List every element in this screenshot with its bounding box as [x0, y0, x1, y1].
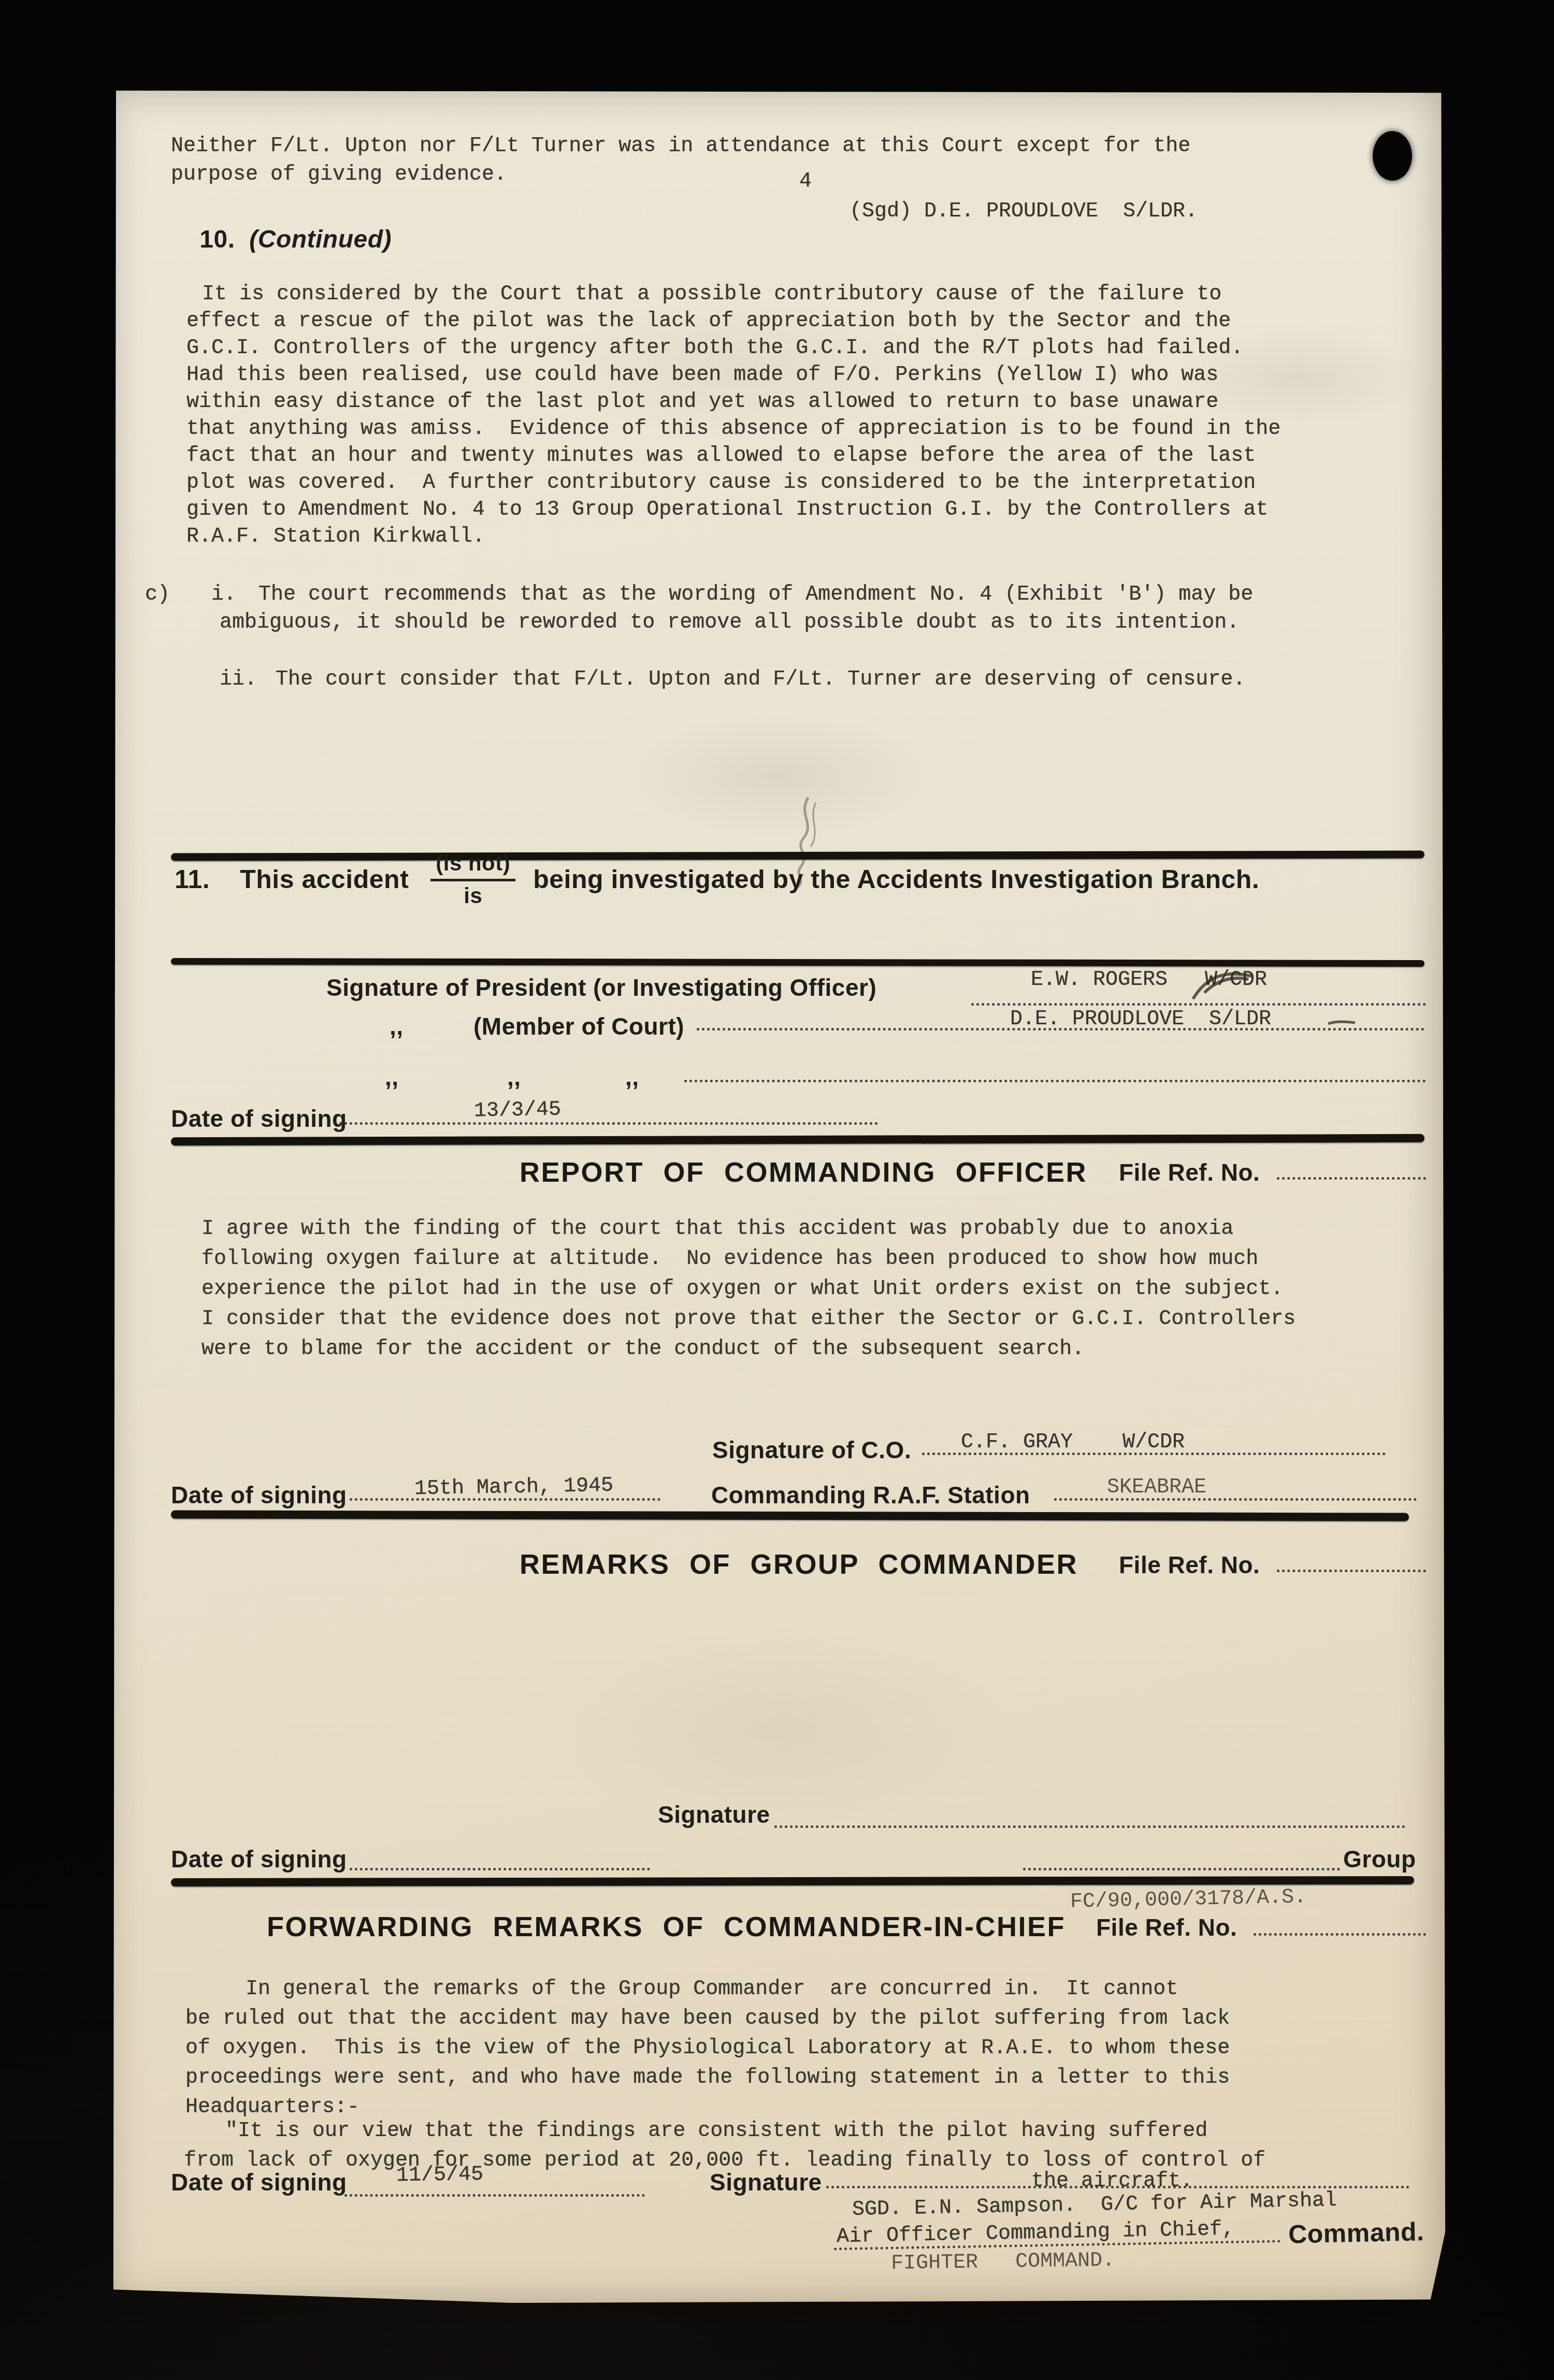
cinc-paragraph: In general the remarks of the Group Comm… [185, 1975, 1230, 2122]
commanding-station-label: Commanding R.A.F. Station [711, 1481, 1030, 1509]
ditto-mark: ,, [625, 1063, 639, 1091]
dotted-line [697, 1028, 1424, 1031]
president-signature-label: Signature of President (or Investigating… [326, 974, 876, 1002]
dotted-line [1277, 1570, 1426, 1572]
paragraph-line: experience the pilot had in the use of o… [202, 1274, 1296, 1304]
quote-line: "It is our view that the findings are co… [225, 2116, 1265, 2146]
is-not-fraction: (is not) is [430, 851, 515, 908]
paragraph-line: In general the remarks of the Group Comm… [246, 1975, 1230, 2004]
paragraph-line: plot was covered. A further contributory… [186, 470, 1280, 497]
dotted-line [1277, 1177, 1426, 1180]
item-10-number: 10. (Continued) [171, 197, 392, 282]
command-label: Command. [1288, 2216, 1424, 2249]
ditto-mark: ,, [390, 1012, 404, 1040]
paragraph-line: given to Amendment No. 4 to 13 Group Ope… [186, 497, 1280, 524]
paragraph-line: be ruled out that the accident may have … [185, 2004, 1230, 2034]
paragraph-line: of oxygen. This is the view of the Physi… [185, 2034, 1230, 2063]
recommendation-i-line1: The court recommends that as the wording… [258, 582, 1253, 608]
recommendation-ii-text: The court consider that F/Lt. Upton and … [276, 666, 1245, 693]
horizontal-rule [171, 1876, 1414, 1886]
dotted-line [971, 1003, 1426, 1006]
paragraph-line: fact that an hour and twenty minutes was… [186, 443, 1280, 470]
group-remarks-heading: REMARKS OF GROUP COMMANDER [520, 1548, 1078, 1580]
dotted-line [1054, 1498, 1417, 1501]
recommendation-ii-label: ii. [220, 666, 257, 693]
item-11-prefix: This accident [240, 864, 409, 894]
cinc-date-of-signing-label: Date of signing [171, 2168, 347, 2196]
paragraph-line: that anything was amiss. Evidence of thi… [186, 416, 1280, 443]
paragraph-line: following oxygen failure at altitude. No… [202, 1244, 1296, 1274]
dotted-line [350, 1868, 650, 1870]
horizontal-rule [171, 958, 1424, 967]
pen-mark [1189, 967, 1256, 1003]
paragraph-line: R.A.F. Station Kirkwall. [186, 524, 1280, 550]
co-date-of-signing-label: Date of signing [171, 1481, 347, 1509]
horizontal-rule [171, 1510, 1409, 1521]
horizontal-rule [171, 1134, 1424, 1145]
dotted-line [350, 1498, 660, 1501]
group-file-ref-label: File Ref. No. [1119, 1551, 1260, 1579]
ditto-mark: ,, [385, 1063, 399, 1091]
dotted-line [922, 1453, 1386, 1455]
cinc-heading: FORWARDING REMARKS OF COMMANDER-IN-CHIEF [267, 1911, 1066, 1943]
ditto-mark: ,, [507, 1063, 521, 1091]
co-report-heading: REPORT OF COMMANDING OFFICER [520, 1156, 1087, 1188]
carryover-text-line1: Neither F/Lt. Upton nor F/Lt Turner was … [171, 133, 1190, 160]
dotted-line [774, 1825, 1405, 1828]
paragraph-line: It is considered by the Court that a pos… [202, 281, 1280, 308]
item-10-continued: (Continued) [249, 226, 392, 253]
co-file-ref-label: File Ref. No. [1119, 1158, 1260, 1186]
court-date-of-signing-label: Date of signing [171, 1105, 347, 1133]
fighter-command-line: FIGHTER COMMAND. [891, 2247, 1115, 2277]
paragraph-line: were to blame for the accident or the co… [202, 1334, 1296, 1365]
court-finding-paragraph: It is considered by the Court that a pos… [186, 281, 1280, 550]
dotted-line [339, 1122, 878, 1125]
paragraph-line: I consider that the evidence does not pr… [202, 1304, 1296, 1334]
cinc-signature-label: Signature [710, 2168, 822, 2196]
co-report-paragraph: I agree with the finding of the court th… [202, 1214, 1296, 1365]
recommendation-i-label: i. [211, 582, 236, 608]
cinc-quote: "It is our view that the findings are co… [184, 2116, 1265, 2175]
fraction-bottom: is [464, 881, 482, 908]
cinc-signed-line: SGD. E.N. Sampson. G/C for Air Marshal [852, 2187, 1337, 2224]
item-11-number: 11. [175, 864, 210, 894]
group-signature-label: Signature [658, 1801, 770, 1828]
group-label: Group [1343, 1845, 1416, 1873]
paragraph-line: I agree with the finding of the court th… [202, 1214, 1296, 1244]
cinc-date-of-signing-value: 11/5/45 [396, 2161, 484, 2189]
carryover-text-line2: purpose of giving evidence. [171, 162, 507, 188]
item-11-row: 11. This accident (is not) is being inve… [175, 846, 1259, 913]
typed-file-reference: FC/90,000/3178/A.S. [1070, 1884, 1307, 1916]
dotted-line [1023, 1868, 1340, 1870]
recommendation-c-label: c) [145, 582, 170, 608]
paper-sheet: Neither F/Lt. Upton nor F/Lt Turner was … [111, 91, 1445, 2303]
commanding-station-value: SKEABRAE [1107, 1474, 1206, 1501]
scanned-document-screenshot: { "doc": { "header": { "line1": "Neither… [0, 0, 1554, 2380]
paragraph-line: effect a rescue of the pilot was the lac… [186, 308, 1280, 335]
cinc-file-ref-label: File Ref. No. [1096, 1913, 1237, 1941]
paragraph-line: G.C.I. Controllers of the urgency after … [186, 335, 1280, 362]
item-10-label: 10. [199, 226, 235, 253]
item-11-suffix: being investigated by the Accidents Inve… [533, 864, 1259, 894]
dotted-line [344, 2194, 645, 2197]
paragraph-line: within easy distance of the last plot an… [186, 389, 1280, 416]
paragraph-line: Had this been realised, use could have b… [186, 362, 1280, 389]
hole-punch [1373, 131, 1412, 181]
court-date-of-signing-value: 13/3/45 [474, 1097, 562, 1125]
co-signature-label: Signature of C.O. [712, 1436, 911, 1464]
signed-proudlove-line: (Sgd) D.E. PROUDLOVE S/LDR. [850, 198, 1198, 225]
pen-dash-mark [1326, 1017, 1357, 1029]
dotted-line [1254, 1933, 1426, 1936]
page-number: 4 [799, 168, 812, 195]
group-date-of-signing-label: Date of signing [171, 1845, 347, 1873]
paragraph-line: proceedings were sent, and who have made… [185, 2063, 1230, 2093]
recommendation-i-line2: ambiguous, it should be reworded to remo… [220, 609, 1239, 636]
fraction-top: (is not) [430, 851, 515, 881]
dotted-line [684, 1080, 1426, 1082]
member-of-court-label: (Member of Court) [473, 1012, 684, 1040]
